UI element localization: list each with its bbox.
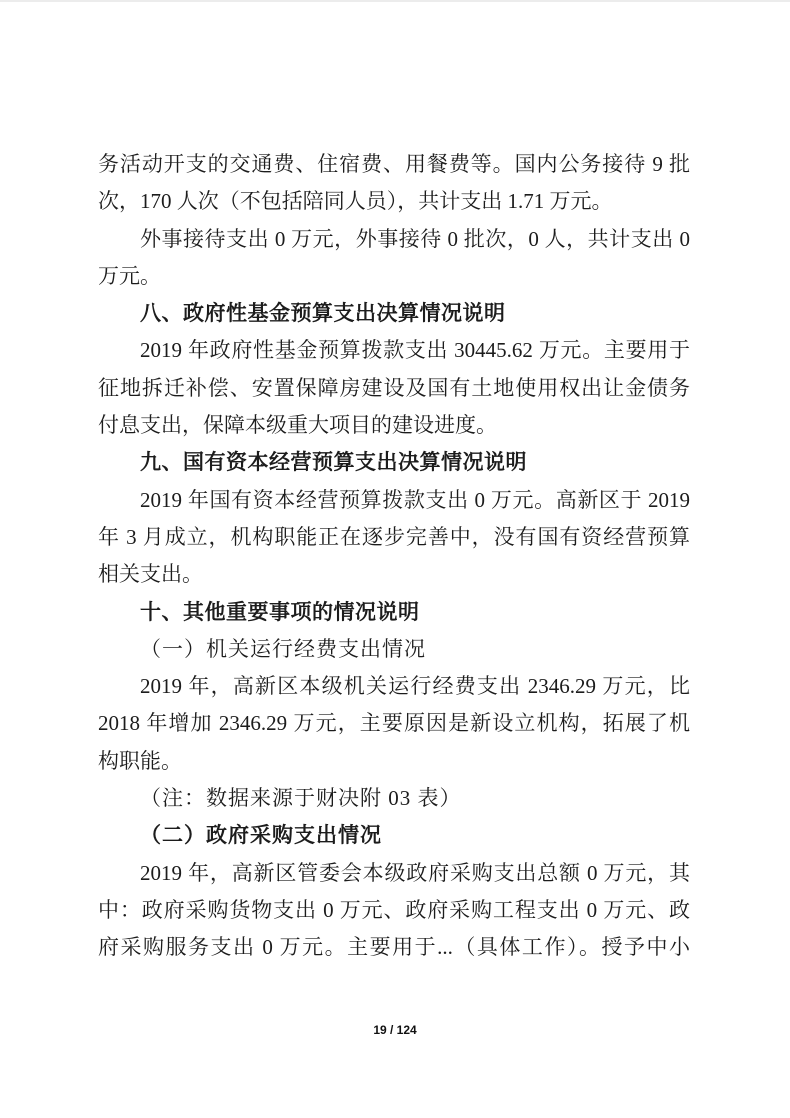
- text-line: （一）机关运行经费支出情况: [98, 631, 690, 668]
- text-line: 2019 年政府性基金预算拨款支出 30445.62 万元。主要用于: [98, 332, 690, 369]
- text-line: 征地拆迁补偿、安置保障房建设及国有土地使用权出让金债务: [98, 370, 690, 407]
- text-line: （注：数据来源于财决附 03 表）: [98, 780, 690, 817]
- text-line: 相关支出。: [98, 556, 690, 593]
- text-line: 府采购服务支出 0 万元。主要用于...（具体工作）。授予中小: [98, 929, 690, 966]
- text-line: 中：政府采购货物支出 0 万元、政府采购工程支出 0 万元、政: [98, 892, 690, 929]
- text-line: 2019 年，高新区本级机关运行经费支出 2346.29 万元，比: [98, 668, 690, 705]
- text-line: 2018 年增加 2346.29 万元，主要原因是新设立机构，拓展了机: [98, 705, 690, 742]
- text-line: 万元。: [98, 258, 690, 295]
- text-line: 务活动开支的交通费、住宿费、用餐费等。国内公务接待 9 批: [98, 146, 690, 183]
- text-line: 外事接待支出 0 万元，外事接待 0 批次，0 人，共计支出 0: [98, 221, 690, 258]
- text-line: 年 3 月成立，机构职能正在逐步完善中，没有国有资经营预算: [98, 519, 690, 556]
- text-line: 九、国有资本经营预算支出决算情况说明: [98, 444, 690, 481]
- text-line: 付息支出，保障本级重大项目的建设进度。: [98, 407, 690, 444]
- document-page: 务活动开支的交通费、住宿费、用餐费等。国内公务接待 9 批次，170 人次（不包…: [0, 0, 790, 1118]
- text-line: 次，170 人次（不包括陪同人员），共计支出 1.71 万元。: [98, 183, 690, 220]
- document-text-block: 务活动开支的交通费、住宿费、用餐费等。国内公务接待 9 批次，170 人次（不包…: [98, 146, 690, 967]
- text-line: 八、政府性基金预算支出决算情况说明: [98, 295, 690, 332]
- page-number: 19 / 124: [0, 1023, 790, 1037]
- text-line: 2019 年国有资本经营预算拨款支出 0 万元。高新区于 2019: [98, 482, 690, 519]
- text-line: （二）政府采购支出情况: [98, 817, 690, 854]
- text-line: 构职能。: [98, 743, 690, 780]
- text-line: 2019 年，高新区管委会本级政府采购支出总额 0 万元，其: [98, 855, 690, 892]
- text-line: 十、其他重要事项的情况说明: [98, 594, 690, 631]
